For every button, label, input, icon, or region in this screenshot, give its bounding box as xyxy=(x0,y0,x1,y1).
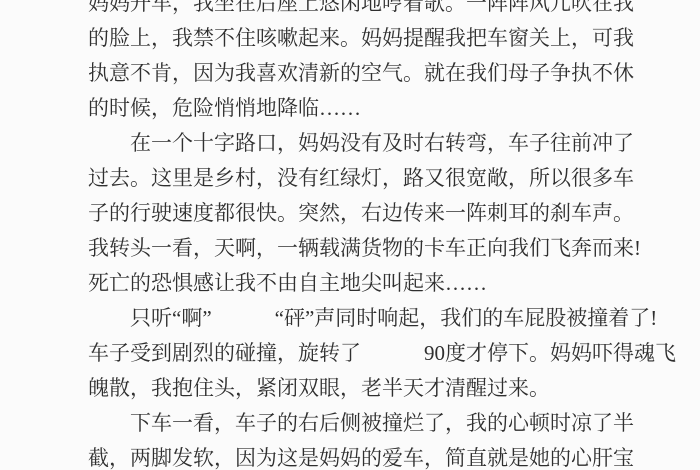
essay-line: 只听“啊” “砰”声同时响起，我们的车屁股被撞着了! xyxy=(88,301,614,336)
essay-line: 死亡的恐惧感让我不由自主地尖叫起来…… xyxy=(88,266,614,301)
essay-page: 妈妈开车，我坐在后座上悠闲地哼着歌。一阵阵风儿吹在我 的脸上，我禁不住咳嗽起来。… xyxy=(0,0,700,470)
essay-line: 截，两脚发软，因为这是妈妈的爱车，简直就是她的心肝宝 xyxy=(88,441,614,470)
essay-line: 车子受到剧烈的碰撞，旋转了 90度才停下。妈妈吓得魂飞 xyxy=(88,336,614,371)
essay-text-block: 妈妈开车，我坐在后座上悠闲地哼着歌。一阵阵风儿吹在我 的脸上，我禁不住咳嗽起来。… xyxy=(88,0,614,470)
essay-line: 子的行驶速度都很快。突然，右边传来一阵刺耳的刹车声。 xyxy=(88,196,614,231)
essay-line: 魄散，我抱住头，紧闭双眼，老半天才清醒过来。 xyxy=(88,371,614,406)
essay-line: 执意不肯，因为我喜欢清新的空气。就在我们母子争执不休 xyxy=(88,56,614,91)
essay-line: 我转头一看，天啊，一辆载满货物的卡车正向我们飞奔而来! xyxy=(88,231,614,266)
essay-line: 在一个十字路口，妈妈没有及时右转弯，车子往前冲了 xyxy=(88,126,614,161)
essay-line: 妈妈开车，我坐在后座上悠闲地哼着歌。一阵阵风儿吹在我 xyxy=(88,0,614,21)
essay-line: 下车一看，车子的右后侧被撞烂了，我的心顿时凉了半 xyxy=(88,406,614,441)
essay-line: 的脸上，我禁不住咳嗽起来。妈妈提醒我把车窗关上，可我 xyxy=(88,21,614,56)
essay-line: 的时候，危险悄悄地降临…… xyxy=(88,91,614,126)
essay-line: 过去。这里是乡村，没有红绿灯，路又很宽敞，所以很多车 xyxy=(88,161,614,196)
